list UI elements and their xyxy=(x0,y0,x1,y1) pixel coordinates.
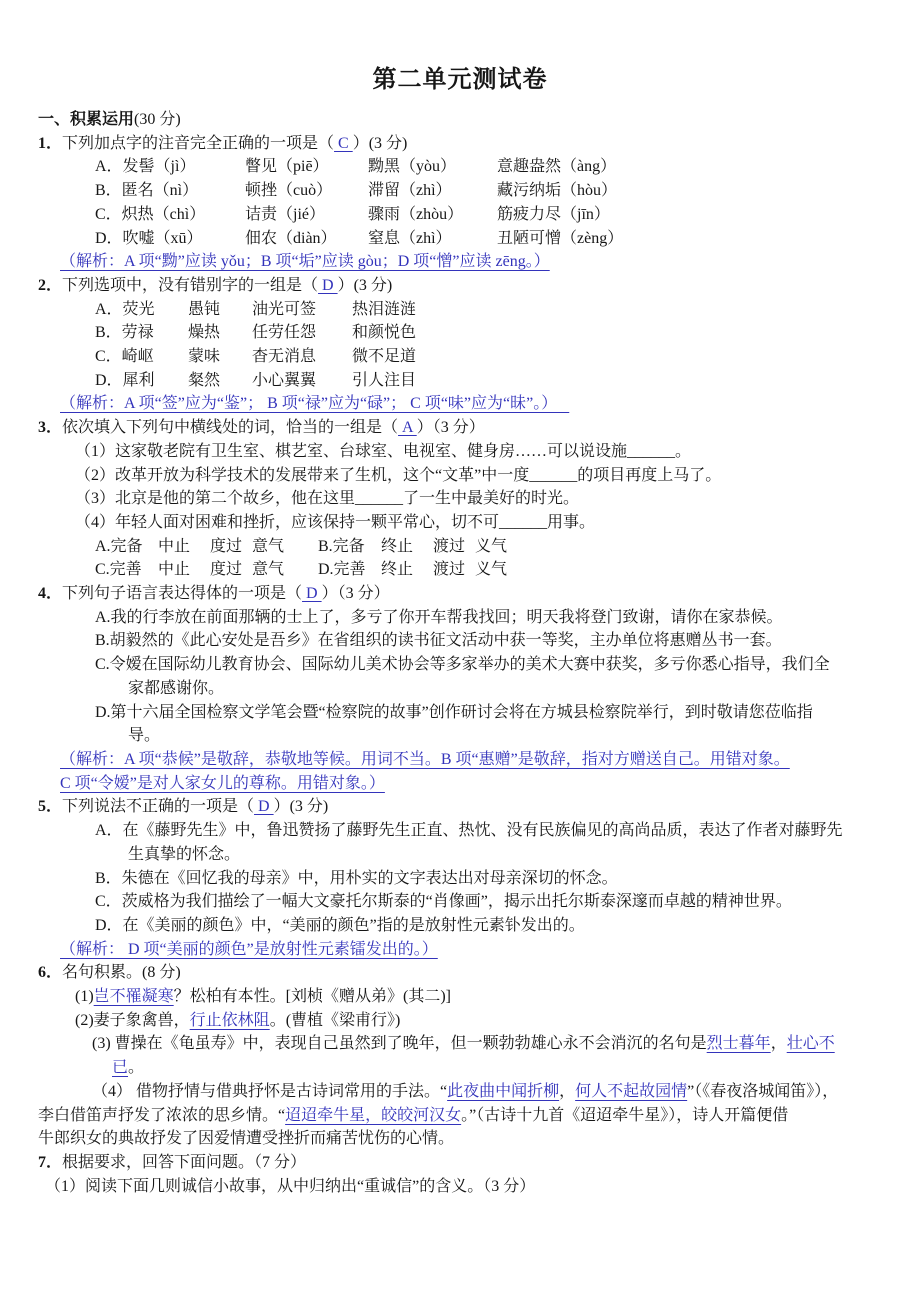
text-segment: (30 分) xyxy=(134,111,181,128)
answer-key-text: 何人不起故园情 xyxy=(575,1083,687,1100)
q1-option-c: C．炽热（chì）诘责（jié）骤雨（zhòu）筋疲力尽（jīn） xyxy=(0,203,884,227)
fill-in-blank: ______ xyxy=(355,490,403,507)
q1-option-d: D．吹嘘（xū）佃农（diàn）窒息（zhì）丑陋可憎（zèng） xyxy=(0,227,884,251)
text-segment: C．茨威格为我们描绘了一幅大文豪托尔斯泰的“肖像画”，揭示出托尔斯泰深邃而卓越的… xyxy=(95,893,792,910)
answer-letter: D xyxy=(254,798,274,815)
document-body: 一、积累运用(30 分)1．下列加点字的注音完全正确的一项是（ C ）(3 分)… xyxy=(0,108,920,1198)
text-segment: B．匿名（nì） xyxy=(95,179,245,203)
answer-key-text: 已 xyxy=(112,1059,128,1076)
text-segment: 瞥见（piē） xyxy=(245,155,368,179)
text-segment: 度过 xyxy=(210,558,252,582)
answer-key-text: C 项“令嫒”是对人家女儿的尊称。用错对象。） xyxy=(60,775,385,792)
q6-item-1: (1)岂不罹凝寒？松柏有本性。[刘桢《赠从弟》(其二)] xyxy=(0,985,884,1009)
text-segment: ）(3 分) xyxy=(338,277,393,294)
text-segment: 意气 xyxy=(252,535,318,559)
q3-item-4: （4）年轻人面对困难和挫折，应该保持一颗平常心，切不可______用事。 xyxy=(0,511,884,535)
question-number: 2． xyxy=(38,277,62,294)
page-title: 第二单元测试卷 xyxy=(0,64,920,96)
text-segment: (1) xyxy=(75,988,94,1005)
text-segment: 用事。 xyxy=(547,514,595,531)
text-segment: 中止 xyxy=(158,535,210,559)
q5-option-b: B．朱德在《回忆我的母亲》中，用朴实的文字表达出对母亲深切的怀念。 xyxy=(0,867,884,891)
text-segment: D.完善 xyxy=(318,558,381,582)
text-segment: ”（《春夜洛城闻笛》）， xyxy=(687,1083,838,1100)
answer-key-text: 此夜曲中闻折柳 xyxy=(447,1083,559,1100)
q5-option-c: C．茨威格为我们描绘了一幅大文豪托尔斯泰的“肖像画”，揭示出托尔斯泰深邃而卓越的… xyxy=(0,890,884,914)
answer-key-text: （解析：A 项“恭候”是敬辞，恭敬地等候。用词不当。B 项“惠赠”是敬辞，指对方… xyxy=(60,751,790,768)
text-segment: 。”（古诗十九首《迢迢牵牛星》），诗人开篇便借 xyxy=(461,1107,788,1124)
q4-option-d: D.第十六届全国检察文学笔会暨“检察院的故事”创作研讨会将在方城县检察院举行，到… xyxy=(0,701,884,725)
q6-item-4: （4） 借物抒情与借典抒怀是古诗词常用的手法。“此夜曲中闻折柳，何人不起故园情”… xyxy=(0,1080,884,1104)
text-segment: 渡过 xyxy=(433,535,475,559)
q6-item-3-cont: 已。 xyxy=(0,1056,884,1080)
text-segment: 杳无消息 xyxy=(252,345,352,369)
text-segment: 任劳任怨 xyxy=(252,321,352,345)
q1-option-b: B．匿名（nì）顿挫（cuò）滞留（zhì）藏污纳垢（hòu） xyxy=(0,179,884,203)
text-segment: 终止 xyxy=(381,558,433,582)
text-segment: 引人注目 xyxy=(352,372,416,389)
question-number: 4． xyxy=(38,585,62,602)
q2-option-a: A．荧光愚钝油光可签热泪涟涟 xyxy=(0,298,884,322)
q3-item-2: （2）改革开放为科学技术的发展带来了生机，这个“文革”中一度______的项目再… xyxy=(0,464,884,488)
text-segment: 下列说法不正确的一项是（ xyxy=(62,798,254,815)
text-segment: 窒息（zhì） xyxy=(368,227,497,251)
question-2: 2．下列选项中，没有错别字的一组是（ D ）(3 分) xyxy=(0,274,884,298)
q4-option-c-cont: 家都感谢你。 xyxy=(0,677,884,701)
text-segment: 导。 xyxy=(128,727,160,744)
answer-key-text: 烈士暮年 xyxy=(707,1035,771,1052)
text-segment: 。 xyxy=(128,1059,144,1076)
text-segment: 义气 xyxy=(475,561,507,578)
text-segment: 粲然 xyxy=(188,369,252,393)
text-segment: 热泪涟涟 xyxy=(352,301,416,318)
question-number: 7． xyxy=(38,1154,62,1171)
q2-analysis: （解析：A 项“签”应为“鉴”； B 项“禄”应为“碌”； C 项“味”应为“昧… xyxy=(0,392,884,416)
text-segment: 微不足道 xyxy=(352,348,416,365)
text-segment: 李白借笛声抒发了浓浓的思乡情。“ xyxy=(38,1107,285,1124)
text-segment: 度过 xyxy=(210,535,252,559)
text-segment: 中止 xyxy=(158,558,210,582)
q6-item-4-cont1: 李白借笛声抒发了浓浓的思乡情。“迢迢牵牛星，皎皎河汉女。”（古诗十九首《迢迢牵牛… xyxy=(0,1104,884,1128)
text-segment: 义气 xyxy=(475,538,507,555)
q5-analysis: （解析： D 项“美丽的颜色”是放射性元素镭发出的。） xyxy=(0,938,884,962)
text-segment: （1）这家敬老院有卫生室、棋艺室、台球室、电视室、健身房……可以说设施 xyxy=(75,443,627,460)
q4-option-c: C.令嫒在国际幼儿教育协会、国际幼儿美术协会等多家举办的美术大赛中获奖，多亏你悉… xyxy=(0,653,884,677)
q3-options-ab: A.完备中止度过意气B.完备终止渡过义气 xyxy=(0,535,884,559)
text-segment: 顿挫（cuò） xyxy=(245,179,368,203)
text-segment: 下列选项中，没有错别字的一组是（ xyxy=(62,277,318,294)
q7-item-1: （1）阅读下面几则诚信小故事，从中归纳出“重诚信”的含义。（3 分） xyxy=(0,1175,884,1199)
text-segment: （2）改革开放为科学技术的发展带来了生机，这个“文革”中一度 xyxy=(75,467,529,484)
text-segment: 诘责（jié） xyxy=(245,203,368,227)
q4-analysis-line2: C 项“令嫒”是对人家女儿的尊称。用错对象。） xyxy=(0,772,884,796)
answer-key-text: （解析：A 项“黝”应读 yǒu；B 项“垢”应读 gòu；D 项“憎”应读 z… xyxy=(60,253,550,270)
text-segment: 渡过 xyxy=(433,558,475,582)
text-segment: 佃农（diàn） xyxy=(245,227,368,251)
q6-item-3: (3) 曹操在《龟虽寿》中，表现自己虽然到了晚年，但一颗勃勃雄心永不会消沉的名句… xyxy=(0,1032,884,1056)
text-segment: 牛郎织女的典故抒发了因爱情遭受挫折而痛苦忧伤的心情。 xyxy=(38,1130,454,1147)
text-segment: 藏污纳垢（hòu） xyxy=(497,182,617,199)
text-segment: 生真挚的怀念。 xyxy=(128,846,240,863)
text-segment: （1）阅读下面几则诚信小故事，从中归纳出“重诚信”的含义。（3 分） xyxy=(45,1178,535,1195)
text-segment: 意趣盎然（àng） xyxy=(497,158,616,175)
fill-in-blank: ______ xyxy=(499,514,547,531)
question-number: 1． xyxy=(38,135,62,152)
text-segment: ）（3 分） xyxy=(322,585,390,602)
q1-analysis: （解析：A 项“黝”应读 yǒu；B 项“垢”应读 gòu；D 项“憎”应读 z… xyxy=(0,250,884,274)
text-segment: （4） 借物抒情与借典抒怀是古诗词常用的手法。“ xyxy=(92,1083,447,1100)
answer-key-text: （解析： D 项“美丽的颜色”是放射性元素镭发出的。） xyxy=(60,941,438,958)
q3-item-1: （1）这家敬老院有卫生室、棋艺室、台球室、电视室、健身房……可以说设施_____… xyxy=(0,440,884,464)
text-segment: D．犀利 xyxy=(95,369,188,393)
text-segment: ？松柏有本性。[刘桢《赠从弟》(其二)] xyxy=(174,988,451,1005)
q4-option-d-cont: 导。 xyxy=(0,724,884,748)
text-segment: (3) 曹操在《龟虽寿》中，表现自己虽然到了晚年，但一颗勃勃雄心永不会消沉的名句… xyxy=(92,1035,707,1052)
text-segment: A．在《藤野先生》中，鲁迅赞扬了藤野先生正直、热忱、没有民族偏见的高尚品质，表达… xyxy=(95,822,843,839)
text-segment: 丑陋可憎（zèng） xyxy=(497,230,623,247)
q5-option-d: D．在《美丽的颜色》中，“美丽的颜色”指的是放射性元素钋发出的。 xyxy=(0,914,884,938)
text-segment: 滞留（zhì） xyxy=(368,179,497,203)
question-4: 4．下列句子语言表达得体的一项是（ D ）（3 分） xyxy=(0,582,884,606)
text-segment: 油光可签 xyxy=(252,298,352,322)
text-segment: （4）年轻人面对困难和挫折，应该保持一颗平常心，切不可 xyxy=(75,514,499,531)
text-segment: A．发髻（jì） xyxy=(95,155,245,179)
answer-key-text: 岂不罹凝寒 xyxy=(94,988,174,1005)
answer-letter: A xyxy=(398,419,417,436)
text-segment: 下列加点字的注音完全正确的一项是（ xyxy=(62,135,334,152)
answer-letter: C xyxy=(334,135,353,152)
answer-key-text: （解析：A 项“签”应为“鉴”； B 项“禄”应为“碌”； C 项“味”应为“昧… xyxy=(60,395,569,412)
text-segment: 家都感谢你。 xyxy=(128,680,224,697)
text-segment: 筋疲力尽（jīn） xyxy=(497,206,610,223)
text-segment: B.完备 xyxy=(318,535,381,559)
text-segment: D．吹嘘（xū） xyxy=(95,227,245,251)
text-segment: 了一生中最美好的时光。 xyxy=(403,490,579,507)
question-5: 5．下列说法不正确的一项是（ D ）(3 分) xyxy=(0,795,884,819)
text-segment: 和颜悦色 xyxy=(352,324,416,341)
text-segment: B.胡毅然的《此心安处是吾乡》在省组织的读书征文活动中获一等奖，主办单位将惠赠丛… xyxy=(95,632,782,649)
q6-item-4-cont2: 牛郎织女的典故抒发了因爱情遭受挫折而痛苦忧伤的心情。 xyxy=(0,1127,884,1151)
text-segment: ， xyxy=(771,1035,787,1052)
q2-option-c: C．崎岖蒙味杳无消息微不足道 xyxy=(0,345,884,369)
text-segment: C．崎岖 xyxy=(95,345,188,369)
text-segment: C．炽热（chì） xyxy=(95,203,245,227)
text-segment: ）(3 分) xyxy=(274,798,329,815)
q1-option-a: A．发髻（jì）瞥见（piē）黝黑（yòu）意趣盎然（àng） xyxy=(0,155,884,179)
text-segment: B．劳禄 xyxy=(95,321,188,345)
text-segment: 蒙味 xyxy=(188,345,252,369)
question-number: 6． xyxy=(38,964,62,981)
text-segment: 黝黑（yòu） xyxy=(368,155,497,179)
text-segment: C.完善 xyxy=(95,558,158,582)
question-7: 7．根据要求，回答下面问题。（7 分） xyxy=(0,1151,884,1175)
text-segment: 。 xyxy=(675,443,691,460)
text-segment: （3）北京是他的第二个故乡，他在这里 xyxy=(75,490,355,507)
q4-analysis-line1: （解析：A 项“恭候”是敬辞，恭敬地等候。用词不当。B 项“惠赠”是敬辞，指对方… xyxy=(0,748,884,772)
answer-key-text: 壮心不 xyxy=(787,1035,835,1052)
text-segment: A．荧光 xyxy=(95,298,188,322)
q5-option-a: A．在《藤野先生》中，鲁迅赞扬了藤野先生正直、热忱、没有民族偏见的高尚品质，表达… xyxy=(0,819,884,843)
answer-letter: D xyxy=(302,585,322,602)
answer-key-text: 行止依林阻 xyxy=(190,1012,270,1029)
fill-in-blank: ______ xyxy=(529,467,577,484)
text-segment: C.令嫒在国际幼儿教育协会、国际幼儿美术协会等多家举办的美术大赛中获奖，多亏你悉… xyxy=(95,656,830,673)
text-segment: D.第十六届全国检察文学笔会暨“检察院的故事”创作研讨会将在方城县检察院举行，到… xyxy=(95,704,813,721)
text-segment: 意气 xyxy=(252,558,318,582)
text-segment: 依次填入下列句中横线处的词，恰当的一组是（ xyxy=(62,419,398,436)
text-segment: ）（3 分） xyxy=(417,419,485,436)
text-segment: ， xyxy=(559,1083,575,1100)
question-number: 5． xyxy=(38,798,62,815)
text-segment: 骤雨（zhòu） xyxy=(368,203,497,227)
text-segment: 。(曹植《梁甫行》) xyxy=(270,1012,401,1029)
text-segment: 燥热 xyxy=(188,321,252,345)
question-3: 3．依次填入下列句中横线处的词，恰当的一组是（ A ）（3 分） xyxy=(0,416,884,440)
text-segment: 终止 xyxy=(381,535,433,559)
text-segment: D．在《美丽的颜色》中，“美丽的颜色”指的是放射性元素钋发出的。 xyxy=(95,917,585,934)
text-segment: B．朱德在《回忆我的母亲》中，用朴实的文字表达出对母亲深切的怀念。 xyxy=(95,870,618,887)
answer-letter: D xyxy=(318,277,338,294)
text-segment: (2)妻子象禽兽， xyxy=(75,1012,190,1029)
fill-in-blank: ______ xyxy=(627,443,675,460)
question-6: 6．名句积累。(8 分) xyxy=(0,961,884,985)
answer-key-text: 迢迢牵牛星，皎皎河汉女 xyxy=(285,1107,461,1124)
q4-option-b: B.胡毅然的《此心安处是吾乡》在省组织的读书征文活动中获一等奖，主办单位将惠赠丛… xyxy=(0,629,884,653)
text-segment: 小心翼翼 xyxy=(252,369,352,393)
q3-item-3: （3）北京是他的第二个故乡，他在这里______了一生中最美好的时光。 xyxy=(0,487,884,511)
q3-options-cd: C.完善中止度过意气D.完善终止渡过义气 xyxy=(0,558,884,582)
text-segment: A.我的行李放在前面那辆的士上了，多亏了你开车帮我找回；明天我将登门致谢，请你在… xyxy=(95,609,783,626)
q2-option-b: B．劳禄燥热任劳任怨和颜悦色 xyxy=(0,321,884,345)
text-segment: ）(3 分) xyxy=(353,135,408,152)
text-segment: 根据要求，回答下面问题。（7 分） xyxy=(62,1154,306,1171)
text-segment: 下列句子语言表达得体的一项是（ xyxy=(62,585,302,602)
question-number: 一、积累运用 xyxy=(38,111,134,128)
text-segment: 的项目再度上马了。 xyxy=(577,467,721,484)
question-number: 3． xyxy=(38,419,62,436)
q5-option-a-cont: 生真挚的怀念。 xyxy=(0,843,884,867)
text-segment: 名句积累。(8 分) xyxy=(62,964,181,981)
question-1: 1．下列加点字的注音完全正确的一项是（ C ）(3 分) xyxy=(0,132,884,156)
text-segment: 愚钝 xyxy=(188,298,252,322)
q4-option-a: A.我的行李放在前面那辆的士上了，多亏了你开车帮我找回；明天我将登门致谢，请你在… xyxy=(0,606,884,630)
q6-item-2: (2)妻子象禽兽，行止依林阻。(曹植《梁甫行》) xyxy=(0,1009,884,1033)
q2-option-d: D．犀利粲然小心翼翼引人注目 xyxy=(0,369,884,393)
text-segment: A.完备 xyxy=(95,535,158,559)
section-heading: 一、积累运用(30 分) xyxy=(0,108,884,132)
